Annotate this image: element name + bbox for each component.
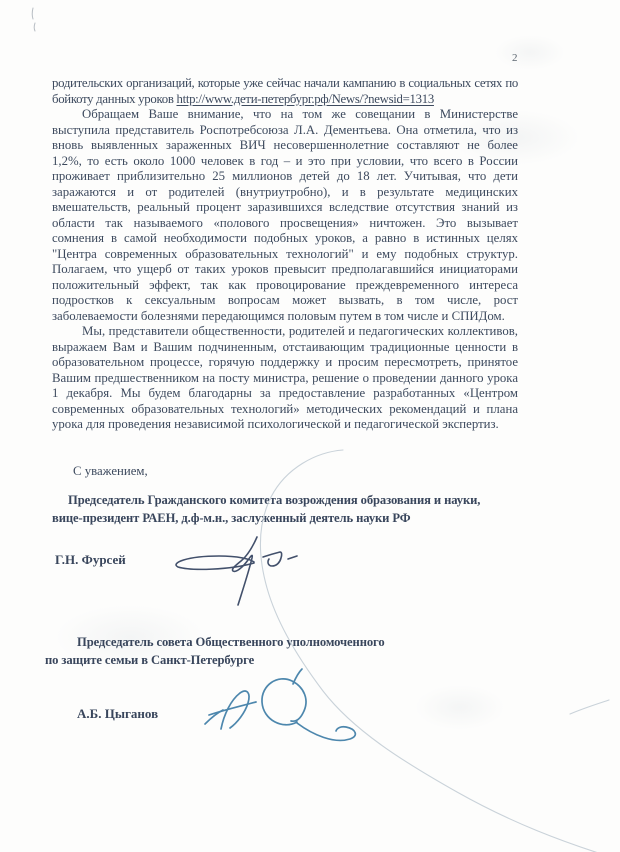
scanned-letter-page: 2 родительских организаций, которые уже … — [0, 0, 620, 852]
corner-marks — [32, 8, 35, 31]
salutation: С уважением, — [73, 464, 148, 479]
signer1-title-line1: Председатель Гражданского комитета возро… — [52, 492, 524, 510]
signer1-name: Г.Н. Фурсей — [55, 552, 126, 568]
signature-tsyganov — [205, 669, 355, 740]
letter-body: родительских организаций, которые уже се… — [52, 76, 518, 433]
signer2-title: Председатель совета Общественного уполно… — [45, 634, 517, 669]
boycott-url-link: http://www.дети-петербург.рф/News/?newsi… — [176, 92, 433, 106]
paragraph-request: Мы, представители общественности, родите… — [52, 324, 518, 433]
scan-noise — [415, 685, 505, 730]
signer1-title: Председатель Гражданского комитета возро… — [52, 492, 524, 527]
paragraph-continued: родительских организаций, которые уже се… — [52, 76, 518, 107]
signature-fursey — [176, 537, 297, 605]
page-number: 2 — [512, 52, 518, 64]
scan-noise — [495, 35, 565, 70]
signer2-title-line1: Председатель совета Общественного уполно… — [45, 634, 517, 652]
paragraph-vich-statistics: Обращаем Ваше внимание, что на том же со… — [52, 107, 518, 324]
signer2-title-line2: по защите семьи в Санкт-Петербурге — [45, 653, 254, 667]
signer1-title-line2: вице-президент РАЕН, д.ф-м.н., заслуженн… — [52, 511, 410, 525]
signer2-name: А.Б. Цыганов — [77, 706, 158, 722]
